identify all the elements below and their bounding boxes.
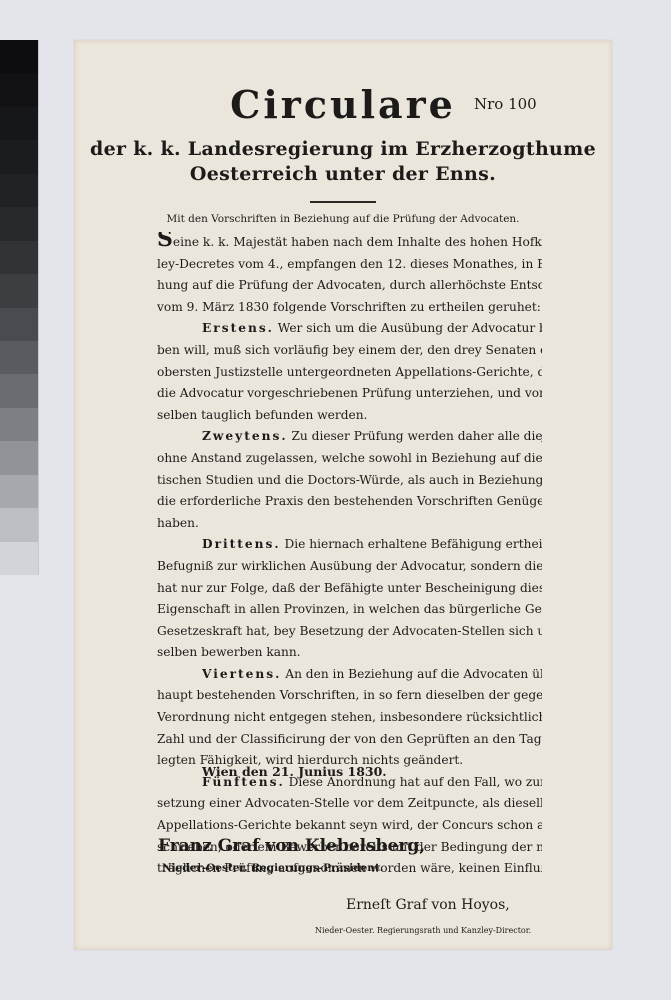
strip-patch xyxy=(0,475,38,508)
section-lead: Drittens. xyxy=(202,537,281,551)
body-line: Seine k. k. Majestät haben nach dem Inha… xyxy=(157,232,542,254)
document-page: Circulare Nro 100 der k. k. Landesregier… xyxy=(74,40,612,950)
strip-patch xyxy=(0,174,38,207)
body-line: ben will, muß sich vorläufig bey einem d… xyxy=(157,340,542,362)
strip-patch xyxy=(0,107,38,140)
section-lead: Erstens. xyxy=(202,321,274,335)
strip-patch xyxy=(0,241,38,274)
document-topic: Mit den Vorschriften in Beziehung auf di… xyxy=(74,213,612,225)
body-line: ley-Decretes vom 4., empfangen den 12. d… xyxy=(157,254,542,276)
section-lead: Viertens. xyxy=(202,667,281,681)
body-line: die Advocatur vorgeschriebenen Prüfung u… xyxy=(157,383,542,405)
signature-1-name: Franz Graf von Klebelsberg, xyxy=(158,836,425,856)
document-date: Wien den 21. Junius 1830. xyxy=(202,764,387,779)
strip-patch xyxy=(0,274,38,307)
subtitle-line-2: Oesterreich unter der Enns. xyxy=(74,162,612,187)
body-line: ohne Anstand zugelassen, welche sowohl i… xyxy=(157,448,542,470)
document-subtitle: der k. k. Landesregierung im Erzherzogth… xyxy=(74,137,612,187)
body-line: selben tauglich befunden werden. xyxy=(157,405,542,427)
title-divider xyxy=(310,201,376,203)
body-line: Eigenschaft in allen Provinzen, in welch… xyxy=(157,599,542,621)
body-line: vom 9. März 1830 folgende Vorschriften z… xyxy=(157,297,542,319)
strip-patch xyxy=(0,308,38,341)
strip-patch xyxy=(0,341,38,374)
body-line: obersten Justizstelle untergeordneten Ap… xyxy=(157,362,542,384)
body-line: selben bewerben kann. xyxy=(157,642,542,664)
body-line: Verordnung nicht entgegen stehen, insbes… xyxy=(157,707,542,729)
section-lead: Zweytens. xyxy=(202,429,288,443)
strip-patch xyxy=(0,207,38,240)
document-number: Nro 100 xyxy=(474,95,537,113)
body-line: Viertens. An den in Beziehung auf die Ad… xyxy=(157,664,542,686)
strip-patch xyxy=(0,508,38,541)
body-line: setzung einer Advocaten-Stelle vor dem Z… xyxy=(157,793,542,815)
body-line: hat nur zur Folge, daß der Befähigte unt… xyxy=(157,578,542,600)
strip-patch xyxy=(0,40,38,73)
strip-patch xyxy=(0,73,38,106)
signature-1-title: Nieder-Oester. Regierungs-Präsident. xyxy=(162,862,383,874)
body-line: haben. xyxy=(157,513,542,535)
strip-patch xyxy=(0,542,38,575)
body-line: Zweytens. Zu dieser Prüfung werden daher… xyxy=(157,426,542,448)
body-line: hung auf die Prüfung der Advocaten, durc… xyxy=(157,275,542,297)
body-line: Appellations-Gerichte bekannt seyn wird,… xyxy=(157,815,542,837)
drop-cap: S xyxy=(157,232,173,252)
document-body: Seine k. k. Majestät haben nach dem Inha… xyxy=(157,232,542,880)
body-line: die erforderliche Praxis den bestehenden… xyxy=(157,491,542,513)
strip-patch xyxy=(0,408,38,441)
body-line: Erstens. Wer sich um die Ausübung der Ad… xyxy=(157,318,542,340)
strip-patch xyxy=(0,441,38,474)
body-line: tischen Studien und die Doctors-Würde, a… xyxy=(157,470,542,492)
subtitle-line-1: der k. k. Landesregierung im Erzherzogth… xyxy=(74,137,612,162)
body-line: Zahl und der Classificirung der von den … xyxy=(157,729,542,751)
body-line: Gesetzeskraft hat, bey Besetzung der Adv… xyxy=(157,621,542,643)
signature-2-name: Erneſt Graf von Hoyos, xyxy=(346,897,510,913)
strip-patch xyxy=(0,140,38,173)
body-line: Befugniß zur wirklichen Ausübung der Adv… xyxy=(157,556,542,578)
body-line: haupt bestehenden Vorschriften, in so fe… xyxy=(157,685,542,707)
color-calibration-strip xyxy=(0,40,39,575)
strip-patch xyxy=(0,374,38,407)
signature-2-title: Nieder-Oester. Regierungsrath und Kanzle… xyxy=(315,926,531,935)
body-line: Drittens. Die hiernach erhaltene Befähig… xyxy=(157,534,542,556)
